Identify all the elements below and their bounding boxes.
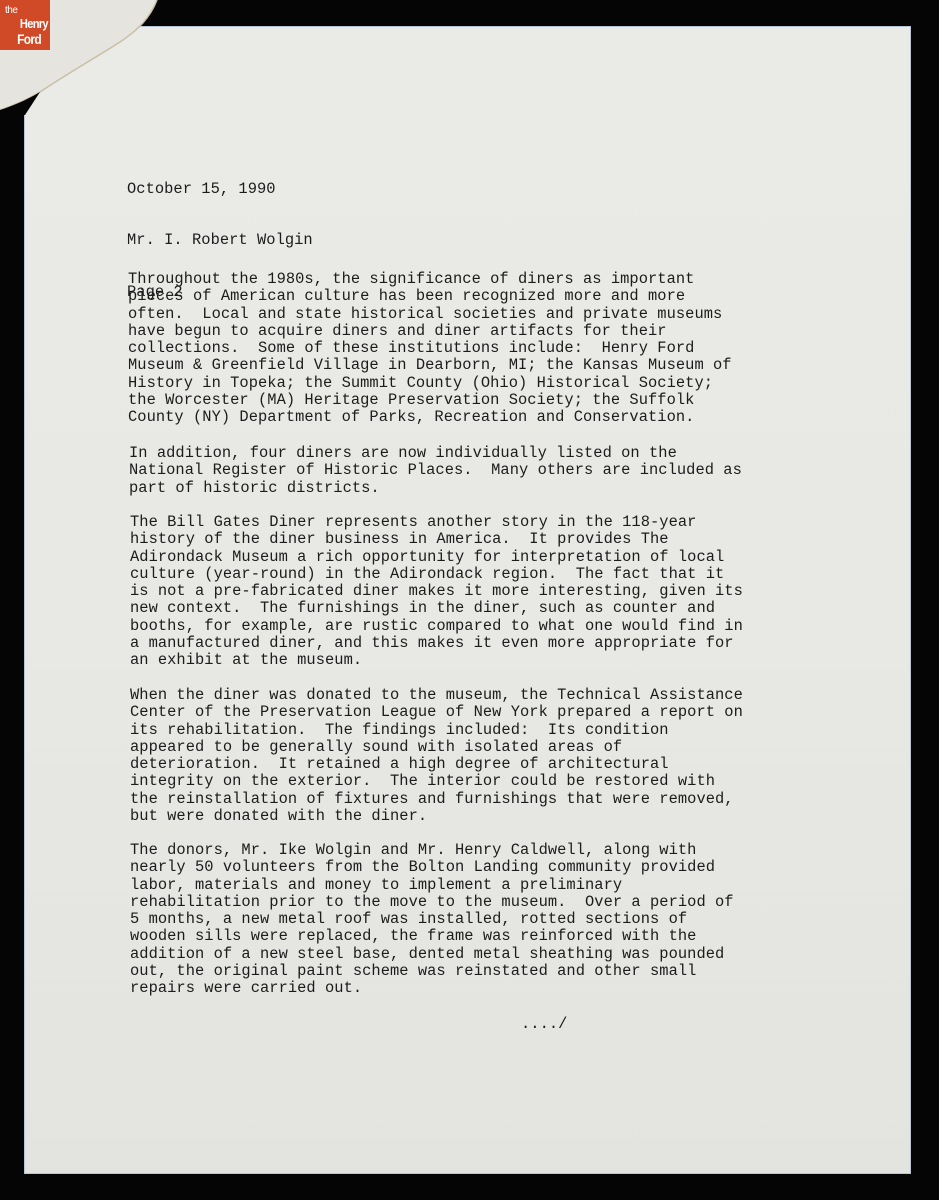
- paragraph-line: culture (year-round) in the Adirondack r…: [130, 566, 743, 583]
- paragraph-line: history of the diner business in America…: [130, 531, 743, 548]
- paragraph-line: appeared to be generally sound with isol…: [130, 739, 743, 756]
- paragraph-line: National Register of Historic Places. Ma…: [129, 462, 742, 479]
- paragraph-line: labor, materials and money to implement …: [130, 877, 734, 894]
- paragraph-line: Center of the Preservation League of New…: [130, 704, 743, 721]
- paragraph-line: When the diner was donated to the museum…: [130, 687, 743, 704]
- paragraph-line: a manufactured diner, and this makes it …: [130, 635, 743, 652]
- paragraph-line: Throughout the 1980s, the significance o…: [128, 271, 732, 288]
- paragraph-3: The Bill Gates Diner represents another …: [130, 514, 743, 670]
- paragraph-line: out, the original paint scheme was reins…: [130, 963, 734, 980]
- paragraph-line: the Worcester (MA) Heritage Preservation…: [128, 392, 732, 409]
- paragraph-line: pieces of American culture has been reco…: [128, 288, 732, 305]
- paragraph-line: County (NY) Department of Parks, Recreat…: [128, 409, 732, 426]
- letter-date: October 15, 1990: [127, 181, 313, 198]
- paragraph-line: but were donated with the diner.: [130, 808, 743, 825]
- paragraph-line: nearly 50 volunteers from the Bolton Lan…: [130, 859, 734, 876]
- paragraph-line: booths, for example, are rustic compared…: [130, 618, 743, 635]
- logo-ford: Ford: [17, 32, 41, 46]
- paragraph-line: The Bill Gates Diner represents another …: [130, 514, 743, 531]
- paragraph-line: the reinstallation of fixtures and furni…: [130, 791, 743, 808]
- paragraph-line: new context. The furnishings in the dine…: [130, 600, 743, 617]
- continuation-mark: ..../: [521, 1016, 567, 1033]
- paragraph-5: The donors, Mr. Ike Wolgin and Mr. Henry…: [130, 842, 734, 998]
- paragraph-line: Adirondack Museum a rich opportunity for…: [130, 549, 743, 566]
- paragraph-2: In addition, four diners are now individ…: [129, 445, 742, 497]
- henry-ford-logo: the Henry Ford: [0, 0, 50, 50]
- paragraph-line: an exhibit at the museum.: [130, 652, 743, 669]
- paragraph-line: collections. Some of these institutions …: [128, 340, 732, 357]
- paragraph-line: In addition, four diners are now individ…: [129, 445, 742, 462]
- logo-the: the: [5, 6, 17, 16]
- paragraph-line: have begun to acquire diners and diner a…: [128, 323, 732, 340]
- letter-recipient: Mr. I. Robert Wolgin: [127, 232, 313, 249]
- paragraph-1: Throughout the 1980s, the significance o…: [128, 271, 732, 427]
- paragraph-line: wooden sills were replaced, the frame wa…: [130, 928, 734, 945]
- paragraph-line: The donors, Mr. Ike Wolgin and Mr. Henry…: [130, 842, 734, 859]
- paragraph-line: History in Topeka; the Summit County (Oh…: [128, 375, 732, 392]
- paragraph-line: addition of a new steel base, dented met…: [130, 946, 734, 963]
- logo-henry: Henry: [20, 17, 48, 30]
- paragraph-line: repairs were carried out.: [130, 980, 734, 997]
- paragraph-line: part of historic districts.: [129, 480, 742, 497]
- paragraph-4: When the diner was donated to the museum…: [130, 687, 743, 825]
- paragraph-line: its rehabilitation. The findings include…: [130, 722, 743, 739]
- paragraph-line: is not a pre-fabricated diner makes it m…: [130, 583, 743, 600]
- paragraph-line: integrity on the exterior. The interior …: [130, 773, 743, 790]
- paragraph-line: rehabilitation prior to the move to the …: [130, 894, 734, 911]
- paragraph-line: 5 months, a new metal roof was installed…: [130, 911, 734, 928]
- paragraph-line: deterioration. It retained a high degree…: [130, 756, 743, 773]
- paragraph-line: often. Local and state historical societ…: [128, 306, 732, 323]
- paragraph-line: Museum & Greenfield Village in Dearborn,…: [128, 357, 732, 374]
